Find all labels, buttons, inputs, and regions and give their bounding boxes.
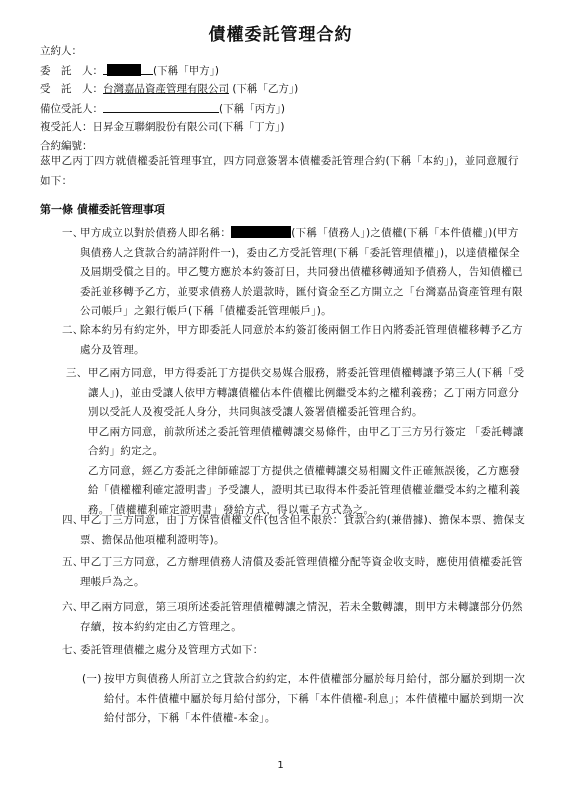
sub-item-body: 按甲方與債務人所訂立之貸款合約約定，本件債權部分屬於每月給付，部分屬於到期一次給… [82, 670, 527, 729]
page-number: 1 [0, 760, 561, 771]
principal-suffix: (下稱「甲方」) [153, 65, 219, 77]
article-1-item-3: 三、 甲乙兩方同意，甲方得委託丁方提供交易媒合服務，將委託管理債權轉讓予第三人(… [66, 364, 527, 520]
item-body: 委託管理債權之處分及管理方式如下： [62, 641, 527, 661]
sub-agent-name: 日昇金互聯網股份有限公司 [93, 121, 219, 133]
sub-agent-suffix: (下稱「丁方」) [219, 121, 285, 133]
item-number: 二、 [62, 321, 84, 341]
item-body: 甲乙兩方同意，甲方得委託丁方提供交易媒合服務，將委託管理債權轉讓予第三人(下稱「… [66, 364, 527, 423]
parties-header: 立約人： [40, 44, 82, 58]
item-number: 五、 [62, 553, 84, 573]
party-principal: 委 託 人：(下稱「甲方」) [40, 63, 219, 78]
article-1-item-4: 四、 甲乙丁三方同意，由丁方保管債權文件(包含但不限於：貸款合約(兼借據)、擔保… [62, 511, 527, 550]
article-1-item-7-sub-1: (一) 按甲方與債務人所訂立之貸款合約約定，本件債權部分屬於每月給付，部分屬於到… [82, 670, 527, 729]
principal-redacted-name [107, 64, 141, 76]
agent-suffix: (下稱「乙方」) [229, 83, 298, 95]
debtor-redacted-name [231, 226, 291, 238]
agent-name: 台灣嘉品資產管理有限公司 [103, 83, 229, 95]
document-title: 債權委託管理合約 [0, 20, 561, 45]
article-1-item-7: 七、 委託管理債權之處分及管理方式如下： [62, 641, 527, 661]
item-body: 甲乙丁三方同意，乙方辦理債務人清償及委託管理債權分配等資金收支時，應使用債權委託… [62, 553, 527, 592]
party-sub-agent: 複受託人：日昇金互聯網股份有限公司(下稱「丁方」) [40, 120, 284, 134]
article-1-heading: 第一條 債權委託管理事項 [40, 201, 165, 217]
contract-number-label: 合約編號： [40, 139, 93, 153]
preamble-paragraph: 茲甲乙丙丁四方就債權委託管理事宜，四方同意簽署本債權委託管理合約(下稱「本約」)… [40, 152, 527, 191]
item-body: 除本約另有約定外，甲方即委託人同意於本約簽訂後兩個工作日內將委託管理債權移轉予乙… [62, 321, 527, 360]
agent-label: 受 託 人： [40, 83, 103, 95]
backup-agent-label: 備位受託人： [40, 103, 103, 115]
principal-underline-right [141, 63, 153, 75]
backup-agent-name-blank [103, 101, 219, 113]
backup-agent-suffix: (下稱「丙方」) [219, 103, 285, 115]
party-agent: 受 託 人：台灣嘉品資產管理有限公司 (下稱「乙方」) [40, 82, 298, 96]
item-number: 七、 [62, 641, 84, 661]
item-body: 甲方成立以對於債務人即名稱：(下稱「債務人」)之債權(下稱「本件債權」)(甲方與… [62, 224, 527, 322]
article-1-item-2: 二、 除本約另有約定外，甲方即委託人同意於本約簽訂後兩個工作日內將委託管理債權移… [62, 321, 527, 360]
document-page: 債權委託管理合約 立約人： 委 託 人：(下稱「甲方」) 受 託 人：台灣嘉品資… [0, 0, 561, 796]
item-number: 六、 [62, 598, 84, 618]
item-body: 甲乙兩方同意，第三項所述委託管理債權轉讓之情況，若未全數轉讓，則甲方未轉讓部分仍… [62, 598, 527, 637]
item-number: 三、 [66, 364, 88, 384]
item-sub-paragraph: 甲乙兩方同意，前款所述之委託管理債權轉讓交易條件，由甲乙丁三方另行簽定 「委託轉… [66, 423, 527, 462]
item-number: 四、 [62, 511, 84, 531]
sub-item-number: (一) [82, 670, 102, 690]
item-text: 甲方成立以對於債務人即名稱： [80, 227, 231, 239]
article-1-item-5: 五、 甲乙丁三方同意，乙方辦理債務人清償及委託管理債權分配等資金收支時，應使用債… [62, 553, 527, 592]
principal-label: 委 託 人： [40, 65, 103, 77]
article-1-item-1: 一、 甲方成立以對於債務人即名稱：(下稱「債務人」)之債權(下稱「本件債權」)(… [62, 224, 527, 322]
party-backup-agent: 備位受託人：(下稱「丙方」) [40, 101, 285, 116]
article-1-item-6: 六、 甲乙兩方同意，第三項所述委託管理債權轉讓之情況，若未全數轉讓，則甲方未轉讓… [62, 598, 527, 637]
item-text: (下稱「債務人」)之債權(下稱「本件債權」)(甲方與債務人之貸款合約請詳附件一)… [80, 227, 523, 317]
sub-agent-label: 複受託人： [40, 121, 93, 133]
item-body: 甲乙丁三方同意，由丁方保管債權文件(包含但不限於：貸款合約(兼借據)、擔保本票、… [62, 511, 527, 550]
item-number: 一、 [62, 224, 84, 244]
